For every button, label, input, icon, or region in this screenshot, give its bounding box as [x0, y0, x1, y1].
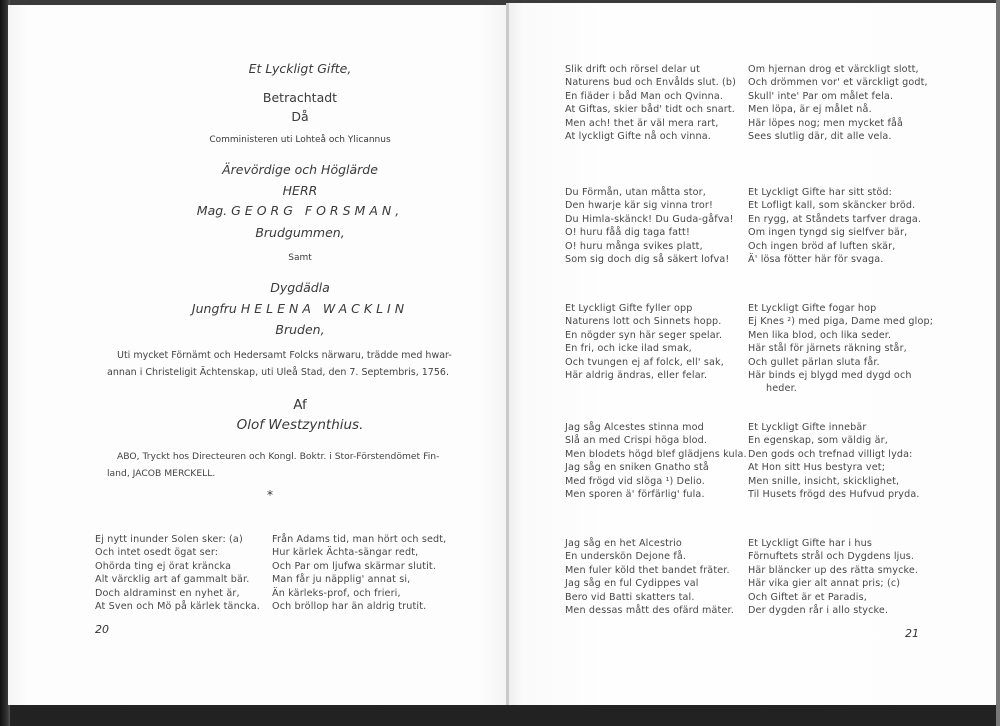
imprint-paragraph: ABO, Tryckt hos Directeuren och Kongl. B…	[107, 448, 453, 482]
stanza: Jag såg en het Alcestrio En underskön De…	[565, 537, 734, 617]
stanza: Et Lyckligt Gifte fyller opp Naturens lo…	[565, 302, 724, 382]
title-herr: HERR	[150, 183, 450, 198]
stanza: Et Lyckligt Gifte har i hus Förnuftets s…	[748, 537, 918, 617]
page-number-left: 20	[95, 623, 109, 636]
title-comministeren: Comministeren uti Lohteå och Ylicannus	[150, 135, 450, 145]
groom-name: GEORG FORSMAN,	[231, 203, 403, 218]
stanza: Et Lyckligt Gifte innebär En egenskap, s…	[748, 421, 920, 501]
stanza: Från Adams tid, man hört och sedt, Hur k…	[272, 533, 446, 613]
groom-prefix: Mag.	[197, 203, 227, 218]
bride-name: HELENA WACKLIN	[241, 301, 408, 316]
ceremony-paragraph: Uti mycket Förnämt och Hedersamt Folcks …	[107, 347, 453, 381]
title-brudgummen: Brudgummen,	[150, 225, 450, 240]
title-samt: Samt	[150, 253, 450, 263]
book-gutter	[506, 3, 509, 705]
title-betrachtadt: Betrachtadt	[150, 90, 450, 105]
asterisk-separator: *	[150, 487, 390, 502]
stanza: Jag såg Alcestes stinna mod Slå an med C…	[565, 421, 747, 501]
title-arevordige: Ärevördige och Höglärde	[150, 162, 450, 177]
title-dygdadla: Dygdädla	[150, 280, 450, 295]
stanza: Et Lyckligt Gifte fogar hop Ej Knes ²) m…	[748, 302, 933, 396]
title-da: Då	[150, 109, 450, 124]
stanza: Du Förmån, utan måtta stor, Den hwarje k…	[565, 186, 734, 266]
stanza: Slik drift och rörsel delar ut Naturens …	[565, 63, 736, 143]
stanza: Om hjernan drog et värckligt slott, Och …	[748, 63, 928, 143]
bride-name-line: Jungfru HELENA WACKLIN	[150, 301, 450, 316]
page-number-right: 21	[905, 627, 919, 640]
poem-title: Et Lyckligt Gifte,	[150, 61, 450, 76]
author-name: Olof Westzynthius.	[150, 417, 450, 433]
bride-prefix: Jungfru	[192, 301, 237, 316]
stanza: Et Lyckligt Gifte har sitt stöd: Et Lofl…	[748, 186, 921, 266]
groom-name-line: Mag. GEORG FORSMAN,	[150, 203, 450, 218]
stanza: Ej nytt inunder Solen sker: (a) Och inte…	[95, 533, 260, 613]
title-bruden: Bruden,	[150, 322, 450, 337]
title-af: Af	[150, 397, 450, 413]
book-edge-right	[996, 0, 1000, 726]
